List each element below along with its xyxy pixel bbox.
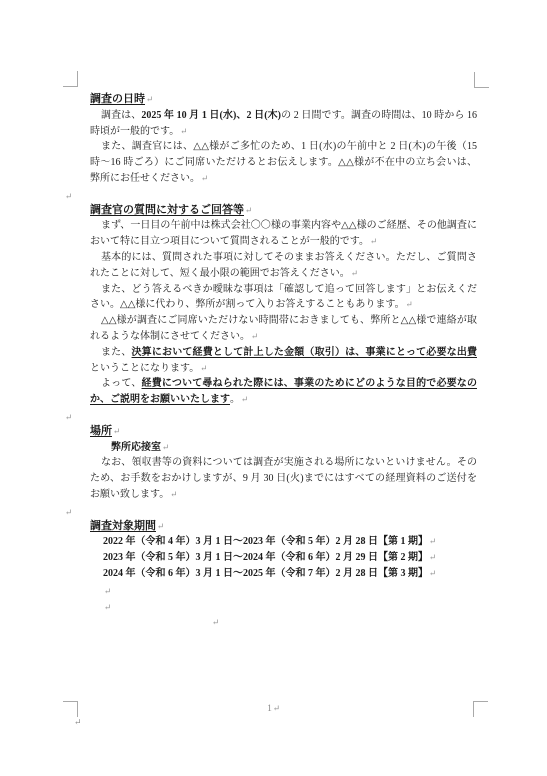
paragraph-mark-icon: ↵ [169,489,177,499]
section-heading-text: 調査対象期間 [90,520,156,532]
period-line: 2023 年（令和 5 年）3 月 1 日～2024 年（令和 6 年）2 月 … [90,550,477,566]
section-heading-answers-to-questions: 調査官の質問に対するご回答等↵ [90,203,477,219]
paragraph-mark-icon: ↵ [64,410,72,426]
section-heading-survey-datetime: 調査の日時↵ [90,92,477,108]
paragraph-mark-icon: ↵ [428,568,436,578]
paragraph-mark-icon: ↵ [64,505,72,521]
paragraph-mark-icon: ↵ [369,236,377,246]
paragraph-mark-icon: ↵ [405,299,413,309]
text-run: また、調査官には、△△様がご多忙のため、1 日(水)の午前中と 2 日(木)の午… [90,141,477,184]
text-run: 2024 年（令和 6 年）3 月 1 日～2025 年（令和 7 年）2 月 … [103,568,428,579]
text-run: 基本的には、質問された事項に対してそのままお答えください。ただし、ご質問されたこ… [90,252,477,279]
paragraph-mark-icon: ↵ [272,703,280,713]
paragraph: また、どう答えるべきか曖昧な事項は「確認して追って回答します」とお伝えください。… [90,282,477,314]
paragraph-mark-icon: ↵ [156,521,164,531]
subheading: 弊所応接室↵ [90,440,477,456]
text-run: また、どう答えるべきか曖昧な事項は「確認して追って回答します」とお伝えください。… [90,284,477,311]
text-run: ということになります。 [90,363,199,374]
paragraph-mark-icon: ↵ [64,189,72,205]
text-run: △△様が調査にご同席いただけない時間帯におきましても、弊所と△△様で連絡が取れる… [90,315,477,342]
paragraph-mark-icon: ↵ [428,552,436,562]
section-heading-text: 調査官の質問に対するご回答等 [90,204,244,216]
document-page[interactable]: 調査の日時↵調査は、2025 年 10 月 1 日(水)、2 日(木)の 2 日… [0,0,547,776]
margin-mark-top-left-icon [63,71,78,87]
empty-paragraph: ↵ [90,598,477,614]
document-body: 調査の日時↵調査は、2025 年 10 月 1 日(水)、2 日(木)の 2 日… [90,92,477,629]
text-run: 2022 年（令和 4 年）3 月 1 日～2023 年（令和 5 年）2 月 … [103,536,428,547]
paragraph-mark-icon: ↵ [145,94,153,104]
empty-paragraph: ↵ [90,582,477,598]
margin-mark-top-right-icon [474,72,489,88]
paragraph: また、調査官には、△△様がご多忙のため、1 日(水)の午前中と 2 日(木)の午… [90,139,477,186]
period-line: 2022 年（令和 4 年）3 月 1 日～2023 年（令和 5 年）2 月 … [90,534,477,550]
section-heading-location: 場所↵ [90,424,477,440]
text-run: 2023 年（令和 5 年）3 月 1 日～2024 年（令和 6 年）2 月 … [103,552,428,563]
empty-paragraph: ↵ [90,613,477,629]
paragraph: まず、一日目の午前中は株式会社〇〇様の事業内容や△△様のご経歴、その他調査におい… [90,218,477,250]
section-heading-text: 場所 [90,425,112,437]
text-run: 経費について尋ねられた際には、事業のためにどのような目的で必要なのか、ご説明をお… [90,378,477,405]
paragraph-mark-icon: ↵ [244,205,252,215]
paragraph-mark-icon: ↵ [250,331,258,341]
text-run: まず、一日目の午前中は株式会社〇〇様の事業内容や△△様のご経歴、その他調査におい… [90,220,477,247]
paragraph-mark-icon: ↵ [161,442,169,452]
paragraph-mark-icon: ↵ [240,394,248,404]
text-run: 弊所応接室 [111,442,161,453]
section-heading-audit-target-period: 調査対象期間↵ [90,519,477,535]
page-number: 1↵ [0,702,547,715]
paragraph-mark-icon: ↵ [211,615,219,631]
text-run: 2025 年 10 月 1 日(水)、2 日(木) [141,110,281,121]
section-answers-to-questions: 調査官の質問に対するご回答等↵まず、一日目の午前中は株式会社〇〇様の事業内容や△… [90,203,477,424]
paragraph-mark-icon: ↵ [179,126,187,136]
text-run: 決算において経費として計上した金額（取引）は、事業にとって必要な出費 [132,347,477,358]
section-heading-text: 調査の日時 [90,93,145,105]
section-audit-target-period: 調査対象期間↵2022 年（令和 4 年）3 月 1 日～2023 年（令和 5… [90,519,477,630]
paragraph: 基本的には、質問された事項に対してそのままお答えください。ただし、ご質問されたこ… [90,250,477,282]
footer-paragraph-mark-icon: ↵ [74,717,82,728]
paragraph-mark-icon: ↵ [200,173,208,183]
empty-paragraph: ↵ [90,408,477,424]
paragraph: よって、経費について尋ねられた際には、事業のためにどのような目的で必要なのか、ご… [90,376,477,408]
text-run: 調査は、 [101,110,141,121]
empty-paragraph: ↵ [90,503,477,519]
paragraph: また、決算において経費として計上した金額（取引）は、事業にとって必要な出費という… [90,345,477,377]
paragraph: △△様が調査にご同席いただけない時間帯におきましても、弊所と△△様で連絡が取れる… [90,313,477,345]
paragraph-mark-icon: ↵ [350,268,358,278]
text-run: 。 [230,394,240,405]
text-run: また、 [101,347,132,358]
text-run: よって、 [101,378,142,389]
paragraph-mark-icon: ↵ [428,536,436,546]
paragraph: なお、領収書等の資料については調査が実施される場所にないといけません。そのため、… [90,455,477,502]
paragraph-mark-icon: ↵ [199,363,207,373]
paragraph: 調査は、2025 年 10 月 1 日(水)、2 日(木)の 2 日間です。調査… [90,108,477,140]
empty-paragraph: ↵ [90,187,477,203]
period-line: 2024 年（令和 6 年）3 月 1 日～2025 年（令和 7 年）2 月 … [90,566,477,582]
paragraph-mark-icon: ↵ [112,426,120,436]
text-run: なお、領収書等の資料については調査が実施される場所にないといけません。そのため、… [90,457,477,500]
section-survey-datetime: 調査の日時↵調査は、2025 年 10 月 1 日(水)、2 日(木)の 2 日… [90,92,477,203]
section-location: 場所↵弊所応接室↵なお、領収書等の資料については調査が実施される場所にないといけ… [90,424,477,519]
